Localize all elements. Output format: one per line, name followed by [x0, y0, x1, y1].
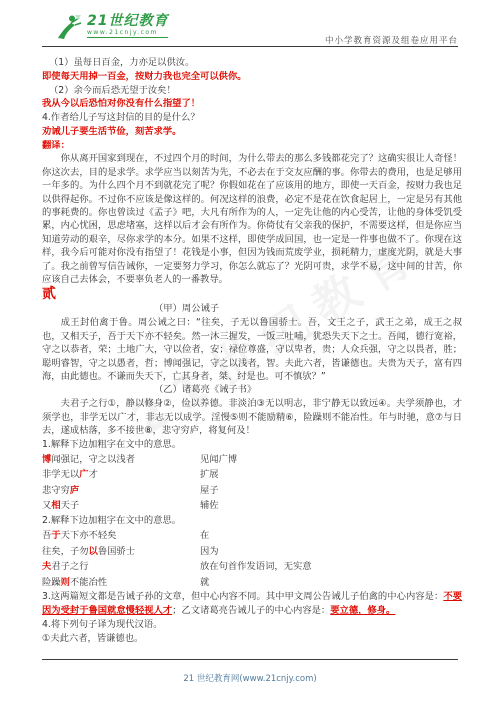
gloss-phrase: 悲守穷庐 — [42, 484, 200, 499]
phrase-highlight: 广 — [79, 469, 88, 480]
gloss-phrase: 博闻强记，守之以浅者 — [42, 453, 200, 468]
phrase-pre: 非学无以 — [42, 469, 79, 480]
worksheet-page: 21世纪教育 www.21cnjy.com 中小学教育资源及组卷应用平台 21世… — [0, 0, 500, 707]
question-1-label: 1.解释下边加粗字在文中的意思。 — [42, 438, 462, 452]
gloss-row: 又相天子 辅佐 — [42, 499, 462, 514]
passage-yi-title: （乙）诸葛亮《诫子书》 — [42, 383, 462, 397]
gloss-answer: 扩展 — [200, 468, 462, 483]
logo-text: 21世纪教育 — [87, 14, 168, 29]
phrase-highlight: 于 — [51, 530, 60, 541]
phrase-post: 不能冶性 — [70, 577, 107, 588]
phrase-post: 天下亦不轻矣 — [61, 530, 117, 541]
phrase-highlight: 庐 — [70, 485, 79, 496]
footer-divider — [42, 659, 458, 660]
phrase-post: 闻强记，守之以浅者 — [51, 454, 135, 465]
gloss-row: 非学无以广才 扩展 — [42, 468, 462, 483]
question-2-label: 2.解释下边加粗字在文中的意思。 — [42, 514, 462, 528]
phrase-pre: 又 — [42, 500, 51, 511]
gloss-answer: 见闻广博 — [200, 453, 462, 468]
gloss-row: 险躁则不能冶性 就 — [42, 576, 462, 591]
gloss-phrase: 又相天子 — [42, 499, 200, 514]
question-3: 3.这两篇短文都是告诫子孙的文章，但中心内容不同。其中甲文周公告诫儿子伯禽的中心… — [42, 590, 462, 618]
header-divider — [42, 46, 458, 47]
footer-site-label: 21 世纪教育网(www.21cnjy.com) — [0, 672, 500, 684]
logo-url: www.21cnjy.com — [87, 29, 168, 38]
logo-text-stack: 21世纪教育 www.21cnjy.com — [87, 14, 168, 38]
phrase-highlight: 博 — [42, 454, 51, 465]
passage-jia-text: 成王封伯禽于鲁。周公诫之曰：“往矣，子无以鲁国骄士。吾，文王之子，武王之弟，成王… — [42, 316, 462, 383]
phrase-post: 才 — [89, 469, 98, 480]
translation-heading: 翻译： — [42, 139, 462, 153]
phrase-pre: 险躁 — [42, 577, 61, 588]
gloss-phrase: 吾于天下亦不轻矣 — [42, 529, 200, 544]
gloss-row: 夫君子之行 放在句首作发语词，无实意 — [42, 560, 462, 575]
phrase-post: 鲁国骄士 — [98, 546, 135, 557]
section-two-marker: 贰 — [42, 286, 462, 302]
phrase-highlight: 以 — [89, 546, 98, 557]
phrase-post: 君子之行 — [51, 561, 88, 572]
gloss-row: 悲守穷庐 屋子 — [42, 484, 462, 499]
gloss-row: 吾于天下亦不轻矣 在 — [42, 529, 462, 544]
gloss-answer: 辅佐 — [200, 499, 462, 514]
translation-paragraph: 你从离开国家到现在，不过四个月的时间，为什么带去的那么多钱都花完了？这确实很让人… — [42, 152, 462, 286]
worksheet-content: （1）虽每日百金，力亦足以供汝。 即使每天用掉一百金，按财力我也完全可以供你。 … — [42, 56, 462, 646]
gloss-phrase: 非学无以广才 — [42, 468, 200, 483]
answer-translation-1: 即使每天用掉一百金，按财力我也完全可以供你。 — [42, 70, 462, 84]
answer-purpose: 劝诫儿子要生活节俭，刻苦求学。 — [42, 125, 462, 139]
question-3-text-1: 3.这两篇短文都是告诫子孙的文章，但中心内容不同。其中甲文周公告诫儿子伯禽的中心… — [42, 591, 443, 602]
question-4-label: 4.将下列句子译为现代汉语。 — [42, 618, 462, 632]
gloss-answer: 放在句首作发语词，无实意 — [200, 560, 462, 575]
gloss-answer: 因为 — [200, 545, 462, 560]
phrase-highlight: 相 — [51, 500, 60, 511]
source-sentence-2: （2）余今而后恐无望于汝矣！ — [42, 84, 462, 98]
phrase-highlight: 则 — [61, 577, 70, 588]
passage-yi-text: 夫君子之行①，静以修身②，俭以养德。非淡泊③无以明志，非宁静无以致远④。夫学须静… — [42, 397, 462, 437]
gloss-row: 往矣，子勿以鲁国骄士 因为 — [42, 545, 462, 560]
phrase-pre: 吾 — [42, 530, 51, 541]
phrase-highlight: 夫 — [42, 561, 51, 572]
gloss-phrase: 往矣，子勿以鲁国骄士 — [42, 545, 200, 560]
source-sentence-1: （1）虽每日百金，力亦足以供汝。 — [42, 56, 462, 70]
gloss-answer: 在 — [200, 529, 462, 544]
phrase-pre: 悲守穷 — [42, 485, 70, 496]
gloss-answer: 就 — [200, 576, 462, 591]
gloss-phrase: 险躁则不能冶性 — [42, 576, 200, 591]
gloss-answer: 屋子 — [200, 484, 462, 499]
platform-label: 中小学教育资源及组卷应用平台 — [325, 34, 458, 46]
question-3-text-2: ；乙文诸葛亮告诫儿子的中心内容是： — [172, 605, 330, 616]
gloss-row: 博闻强记，守之以浅者 见闻广博 — [42, 453, 462, 468]
question-4-item: ①夫此六者，皆谦德也。 — [42, 632, 462, 646]
question-4-purpose: 4.作者给儿子写这封信的目的是什么？ — [42, 111, 462, 125]
gloss-phrase: 夫君子之行 — [42, 560, 200, 575]
phrase-pre: 往矣，子勿 — [42, 546, 89, 557]
passage-jia-title: （甲）周公诫子 — [42, 302, 462, 316]
page-header: 21世纪教育 www.21cnjy.com 中小学教育资源及组卷应用平台 — [55, 14, 458, 46]
question-3-answer-2: 要立德，修身。 — [330, 605, 395, 616]
runner-logo-icon — [55, 14, 83, 40]
phrase-post: 天子 — [61, 500, 80, 511]
answer-translation-2: 我从今以后恐怕对你没有什么指望了！ — [42, 97, 462, 111]
